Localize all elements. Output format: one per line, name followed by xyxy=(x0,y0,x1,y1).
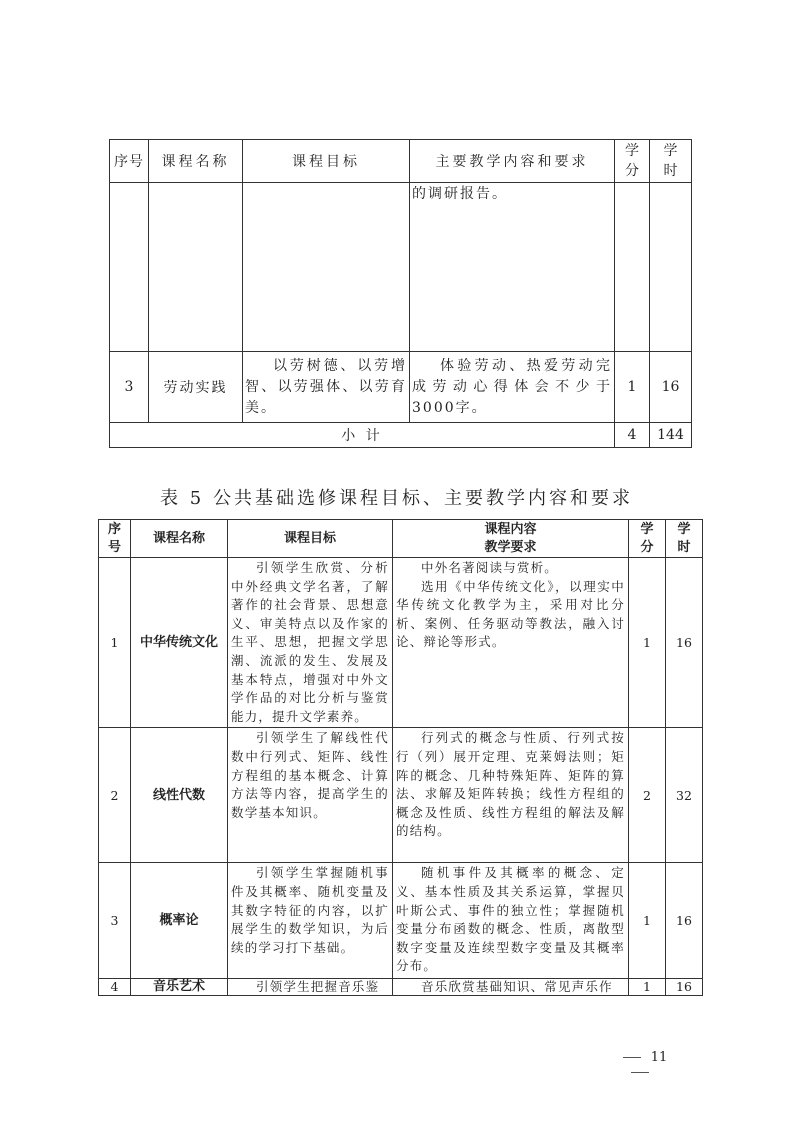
header-content: 课程内容 教学要求 xyxy=(393,520,629,558)
table-header-row: 序号 课程名称 课程目标 课程内容 教学要求 学分 学时 xyxy=(99,520,703,558)
cell-credit xyxy=(615,183,650,352)
cell-hours: 16 xyxy=(666,979,703,996)
cell-seq xyxy=(110,183,149,352)
cell-name: 音乐艺术 xyxy=(131,979,228,996)
table-row: 4 音乐艺术 引领学生把握音乐鉴 音乐欣赏基础知识、常见声乐作 1 16 xyxy=(99,979,703,996)
header-course-goal: 课程目标 xyxy=(228,520,393,558)
header-hours: 学时 xyxy=(666,520,703,558)
cell-seq: 3 xyxy=(99,863,131,979)
cell-content: 随机事件及其概率的概念、定义、基本性质及其关系运算，掌握贝叶斯公式、事件的独立性… xyxy=(393,863,629,979)
cell-hours: 16 xyxy=(650,352,692,423)
page-number: 11 xyxy=(595,1050,685,1080)
header-course-goal: 课程目标 xyxy=(243,140,410,183)
subtotal-credit: 4 xyxy=(615,423,650,448)
header-course-name: 课程名称 xyxy=(131,520,228,558)
cell-credit: 2 xyxy=(629,728,666,863)
cell-name: 劳动实践 xyxy=(149,352,243,423)
subtotal-hours: 144 xyxy=(650,423,692,448)
cell-content: 行列式的概念与性质、行列式按行（列）展开定理、克莱姆法则；矩阵的概念、几种特殊矩… xyxy=(393,728,629,863)
content-paragraph: 选用《中华传统文化》，以理实中华传统文化教学为主，采用对比分析、案例、任务驱动等… xyxy=(396,578,625,652)
cell-content: 的调研报告。 xyxy=(410,183,615,352)
cell-name: 中华传统文化 xyxy=(131,558,228,728)
cell-credit: 1 xyxy=(629,558,666,728)
cell-hours: 16 xyxy=(666,558,703,728)
table-row: 3 劳动实践 以劳树德、以劳增智、以劳强体、以劳育美。 体验劳动、热爱劳动完成劳… xyxy=(110,352,692,423)
header-credit: 学分 xyxy=(615,140,650,183)
table-row: 2 线性代数 引领学生了解线性代数中行列式、矩阵、线性方程组的基本概念、计算方法… xyxy=(99,728,703,863)
cell-goal: 引领学生欣赏、分析中外经典文学名著，了解著作的社会背景、思想意义、审美特点以及作… xyxy=(228,558,393,728)
header-seq: 序号 xyxy=(110,140,149,183)
table-row: 的调研报告。 xyxy=(110,183,692,352)
page-number-value: 11 xyxy=(651,1050,668,1065)
header-content-line1: 课程内容 xyxy=(393,521,628,539)
cell-content: 体验劳动、热爱劳动完成劳动心得体会不少于3000字。 xyxy=(410,352,615,423)
table-row: 3 概率论 引领学生掌握随机事件及其概率、随机变量及其数字特征的内容，以扩展学生… xyxy=(99,863,703,979)
cell-name: 概率论 xyxy=(131,863,228,979)
subtotal-label: 小 计 xyxy=(110,423,615,448)
cell-goal: 引领学生了解线性代数中行列式、矩阵、线性方程组的基本概念、计算方法等内容，提高学… xyxy=(228,728,393,863)
content-paragraph: 中外名著阅读与赏析。 xyxy=(396,559,625,578)
cell-hours xyxy=(650,183,692,352)
dash-left xyxy=(623,1057,641,1058)
cell-goal: 以劳树德、以劳增智、以劳强体、以劳育美。 xyxy=(243,352,410,423)
header-content-line2: 教学要求 xyxy=(393,539,628,557)
cell-goal: 引领学生把握音乐鉴 xyxy=(228,979,393,996)
elective-courses-table: 序号 课程名称 课程目标 课程内容 教学要求 学分 学时 1 中华传统文化 引领… xyxy=(98,519,703,996)
header-content: 主要教学内容和要求 xyxy=(410,140,615,183)
cell-seq: 3 xyxy=(110,352,149,423)
subtotal-row: 小 计 4 144 xyxy=(110,423,692,448)
table-row: 1 中华传统文化 引领学生欣赏、分析中外经典文学名著，了解著作的社会背景、思想意… xyxy=(99,558,703,728)
required-courses-table-continued: 序号 课程名称 课程目标 主要教学内容和要求 学分 学时 的调研报告。 3 劳动… xyxy=(109,139,692,448)
cell-credit: 1 xyxy=(629,863,666,979)
cell-name xyxy=(149,183,243,352)
cell-name: 线性代数 xyxy=(131,728,228,863)
cell-goal xyxy=(243,183,410,352)
cell-seq: 4 xyxy=(99,979,131,996)
cell-seq: 1 xyxy=(99,558,131,728)
header-course-name: 课程名称 xyxy=(149,140,243,183)
dash-right xyxy=(631,1072,649,1073)
header-hours: 学时 xyxy=(650,140,692,183)
cell-credit: 1 xyxy=(615,352,650,423)
header-credit: 学分 xyxy=(629,520,666,558)
cell-credit: 1 xyxy=(629,979,666,996)
cell-goal: 引领学生掌握随机事件及其概率、随机变量及其数字特征的内容，以扩展学生的数学知识，… xyxy=(228,863,393,979)
header-seq: 序号 xyxy=(99,520,131,558)
table-caption: 表 5 公共基础选修课程目标、主要教学内容和要求 xyxy=(0,484,793,510)
cell-content: 音乐欣赏基础知识、常见声乐作 xyxy=(393,979,629,996)
cell-hours: 16 xyxy=(666,863,703,979)
cell-seq: 2 xyxy=(99,728,131,863)
table-header-row: 序号 课程名称 课程目标 主要教学内容和要求 学分 学时 xyxy=(110,140,692,183)
cell-content: 中外名著阅读与赏析。 选用《中华传统文化》，以理实中华传统文化教学为主，采用对比… xyxy=(393,558,629,728)
cell-hours: 32 xyxy=(666,728,703,863)
